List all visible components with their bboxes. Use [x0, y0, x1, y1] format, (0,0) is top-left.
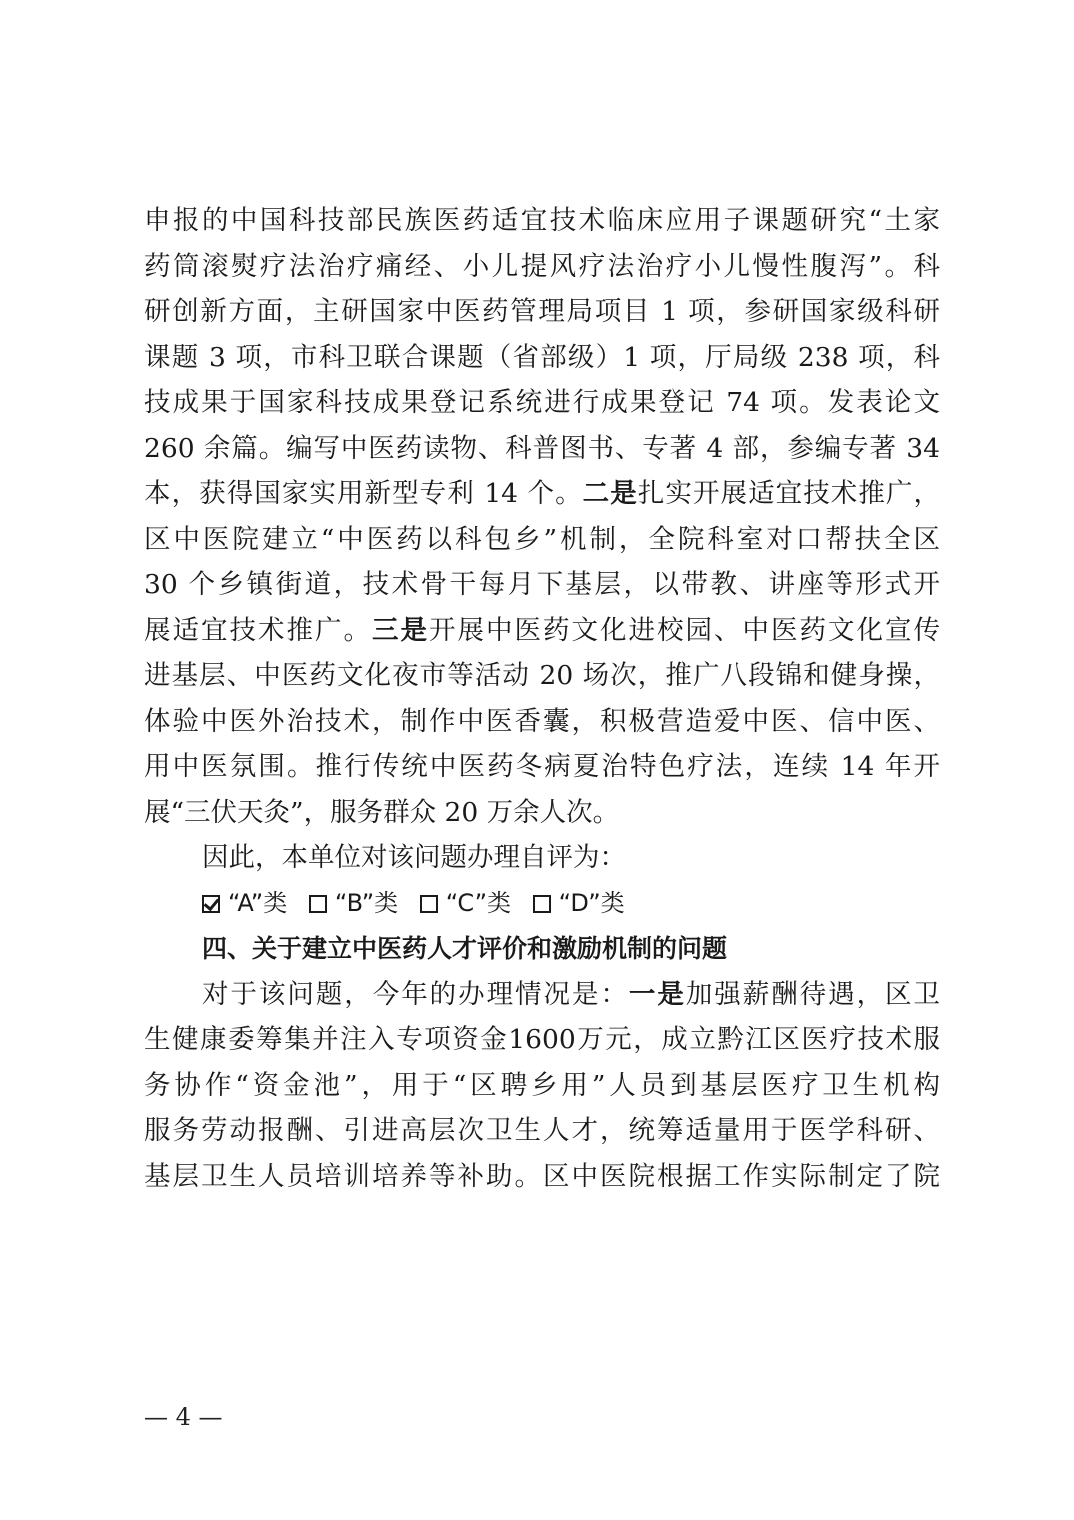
paragraph-line: 生健康委筹集并注入专项资金1600万元，成立黔江区医疗技术服 — [144, 1017, 940, 1063]
checked-box-icon[interactable] — [202, 895, 220, 913]
text-run: 加强薪酬待遇，区卫 — [686, 979, 940, 1010]
text-run: 开展中医药文化进校园、中医药文化宣传 — [429, 615, 940, 646]
rating-option-a[interactable]: “A”类 — [202, 881, 287, 927]
paragraph-line: 体验中医外治技术，制作中医香囊，积极营造爱中医、信中医、 — [144, 699, 940, 745]
rating-option-label: “C”类 — [446, 889, 511, 917]
rating-option-label: “B”类 — [335, 889, 398, 917]
empty-box-icon[interactable] — [309, 895, 327, 913]
paragraph-line: 基层卫生人员培训培养等补助。区中医院根据工作实际制定了院 — [144, 1154, 940, 1200]
paragraph-line: 用中医氛围。推行传统中医药冬病夏治特色疗法，连续 14 年开 — [144, 744, 940, 790]
page-number: — 4 — — [144, 1403, 223, 1431]
text-run: 展适宜技术推广。 — [144, 615, 372, 646]
bold-marker-two: 二是 — [583, 478, 638, 509]
empty-box-icon[interactable] — [420, 895, 438, 913]
text-run: 本，获得国家实用新型专利 14 个。 — [144, 478, 583, 509]
paragraph-line: 展适宜技术推广。三是开展中医药文化进校园、中医药文化宣传 — [144, 608, 940, 654]
paragraph-line: 对于该问题，今年的办理情况是：一是加强薪酬待遇，区卫 — [144, 972, 940, 1018]
paragraph-line: 课题 3 项，市科卫联合课题（省部级）1 项，厅局级 238 项，科 — [144, 335, 940, 381]
section-heading: 四、关于建立中医药人才评价和激励机制的问题 — [144, 926, 940, 972]
paragraph-line: 技成果于国家科技成果登记系统进行成果登记 74 项。发表论文 — [144, 380, 940, 426]
paragraph-line: 务协作“资金池”，用于“区聘乡用”人员到基层医疗卫生机构 — [144, 1063, 940, 1109]
paragraph-line: 进基层、中医药文化夜市等活动 20 场次，推广八段锦和健身操， — [144, 653, 940, 699]
empty-box-icon[interactable] — [533, 895, 551, 913]
paragraph-line: 研创新方面，主研国家中医药管理局项目 1 项，参研国家级科研 — [144, 289, 940, 335]
paragraph-line: 服务劳动报酬、引进高层次卫生人才，统筹适量用于医学科研、 — [144, 1108, 940, 1154]
rating-option-label: “A”类 — [228, 889, 287, 917]
paragraph-line: 药筒滚熨疗法治疗痛经、小儿提风疗法治疗小儿慢性腹泻”。科 — [144, 244, 940, 290]
rating-option-c[interactable]: “C”类 — [420, 881, 511, 927]
paragraph-line: 本，获得国家实用新型专利 14 个。二是扎实开展适宜技术推广， — [144, 471, 940, 517]
self-rating-options: “A”类 “B”类 “C”类 “D”类 — [144, 881, 940, 927]
rating-option-label: “D”类 — [559, 889, 625, 917]
text-run: 对于该问题，今年的办理情况是： — [202, 979, 629, 1010]
document-page: 申报的中国科技部民族医药适宜技术临床应用子课题研究“土家 药筒滚熨疗法治疗痛经、… — [144, 198, 940, 1199]
bold-marker-three: 三是 — [372, 615, 429, 646]
rating-option-b[interactable]: “B”类 — [309, 881, 398, 927]
paragraph-line: 260 余篇。编写中医药读物、科普图书、专著 4 部，参编专著 34 — [144, 426, 940, 472]
rating-option-d[interactable]: “D”类 — [533, 881, 625, 927]
paragraph-line: 展“三伏天灸”，服务群众 20 万余人次。 — [144, 790, 940, 836]
bold-marker-one: 一是 — [629, 979, 686, 1010]
paragraph-line: 区中医院建立“中医药以科包乡”机制，全院科室对口帮扶全区 — [144, 517, 940, 563]
text-run: 扎实开展适宜技术推广， — [638, 478, 940, 509]
paragraph-line: 30 个乡镇街道，技术骨干每月下基层，以带教、讲座等形式开 — [144, 562, 940, 608]
paragraph-line: 申报的中国科技部民族医药适宜技术临床应用子课题研究“土家 — [144, 198, 940, 244]
self-rating-intro: 因此，本单位对该问题办理自评为： — [144, 835, 940, 881]
